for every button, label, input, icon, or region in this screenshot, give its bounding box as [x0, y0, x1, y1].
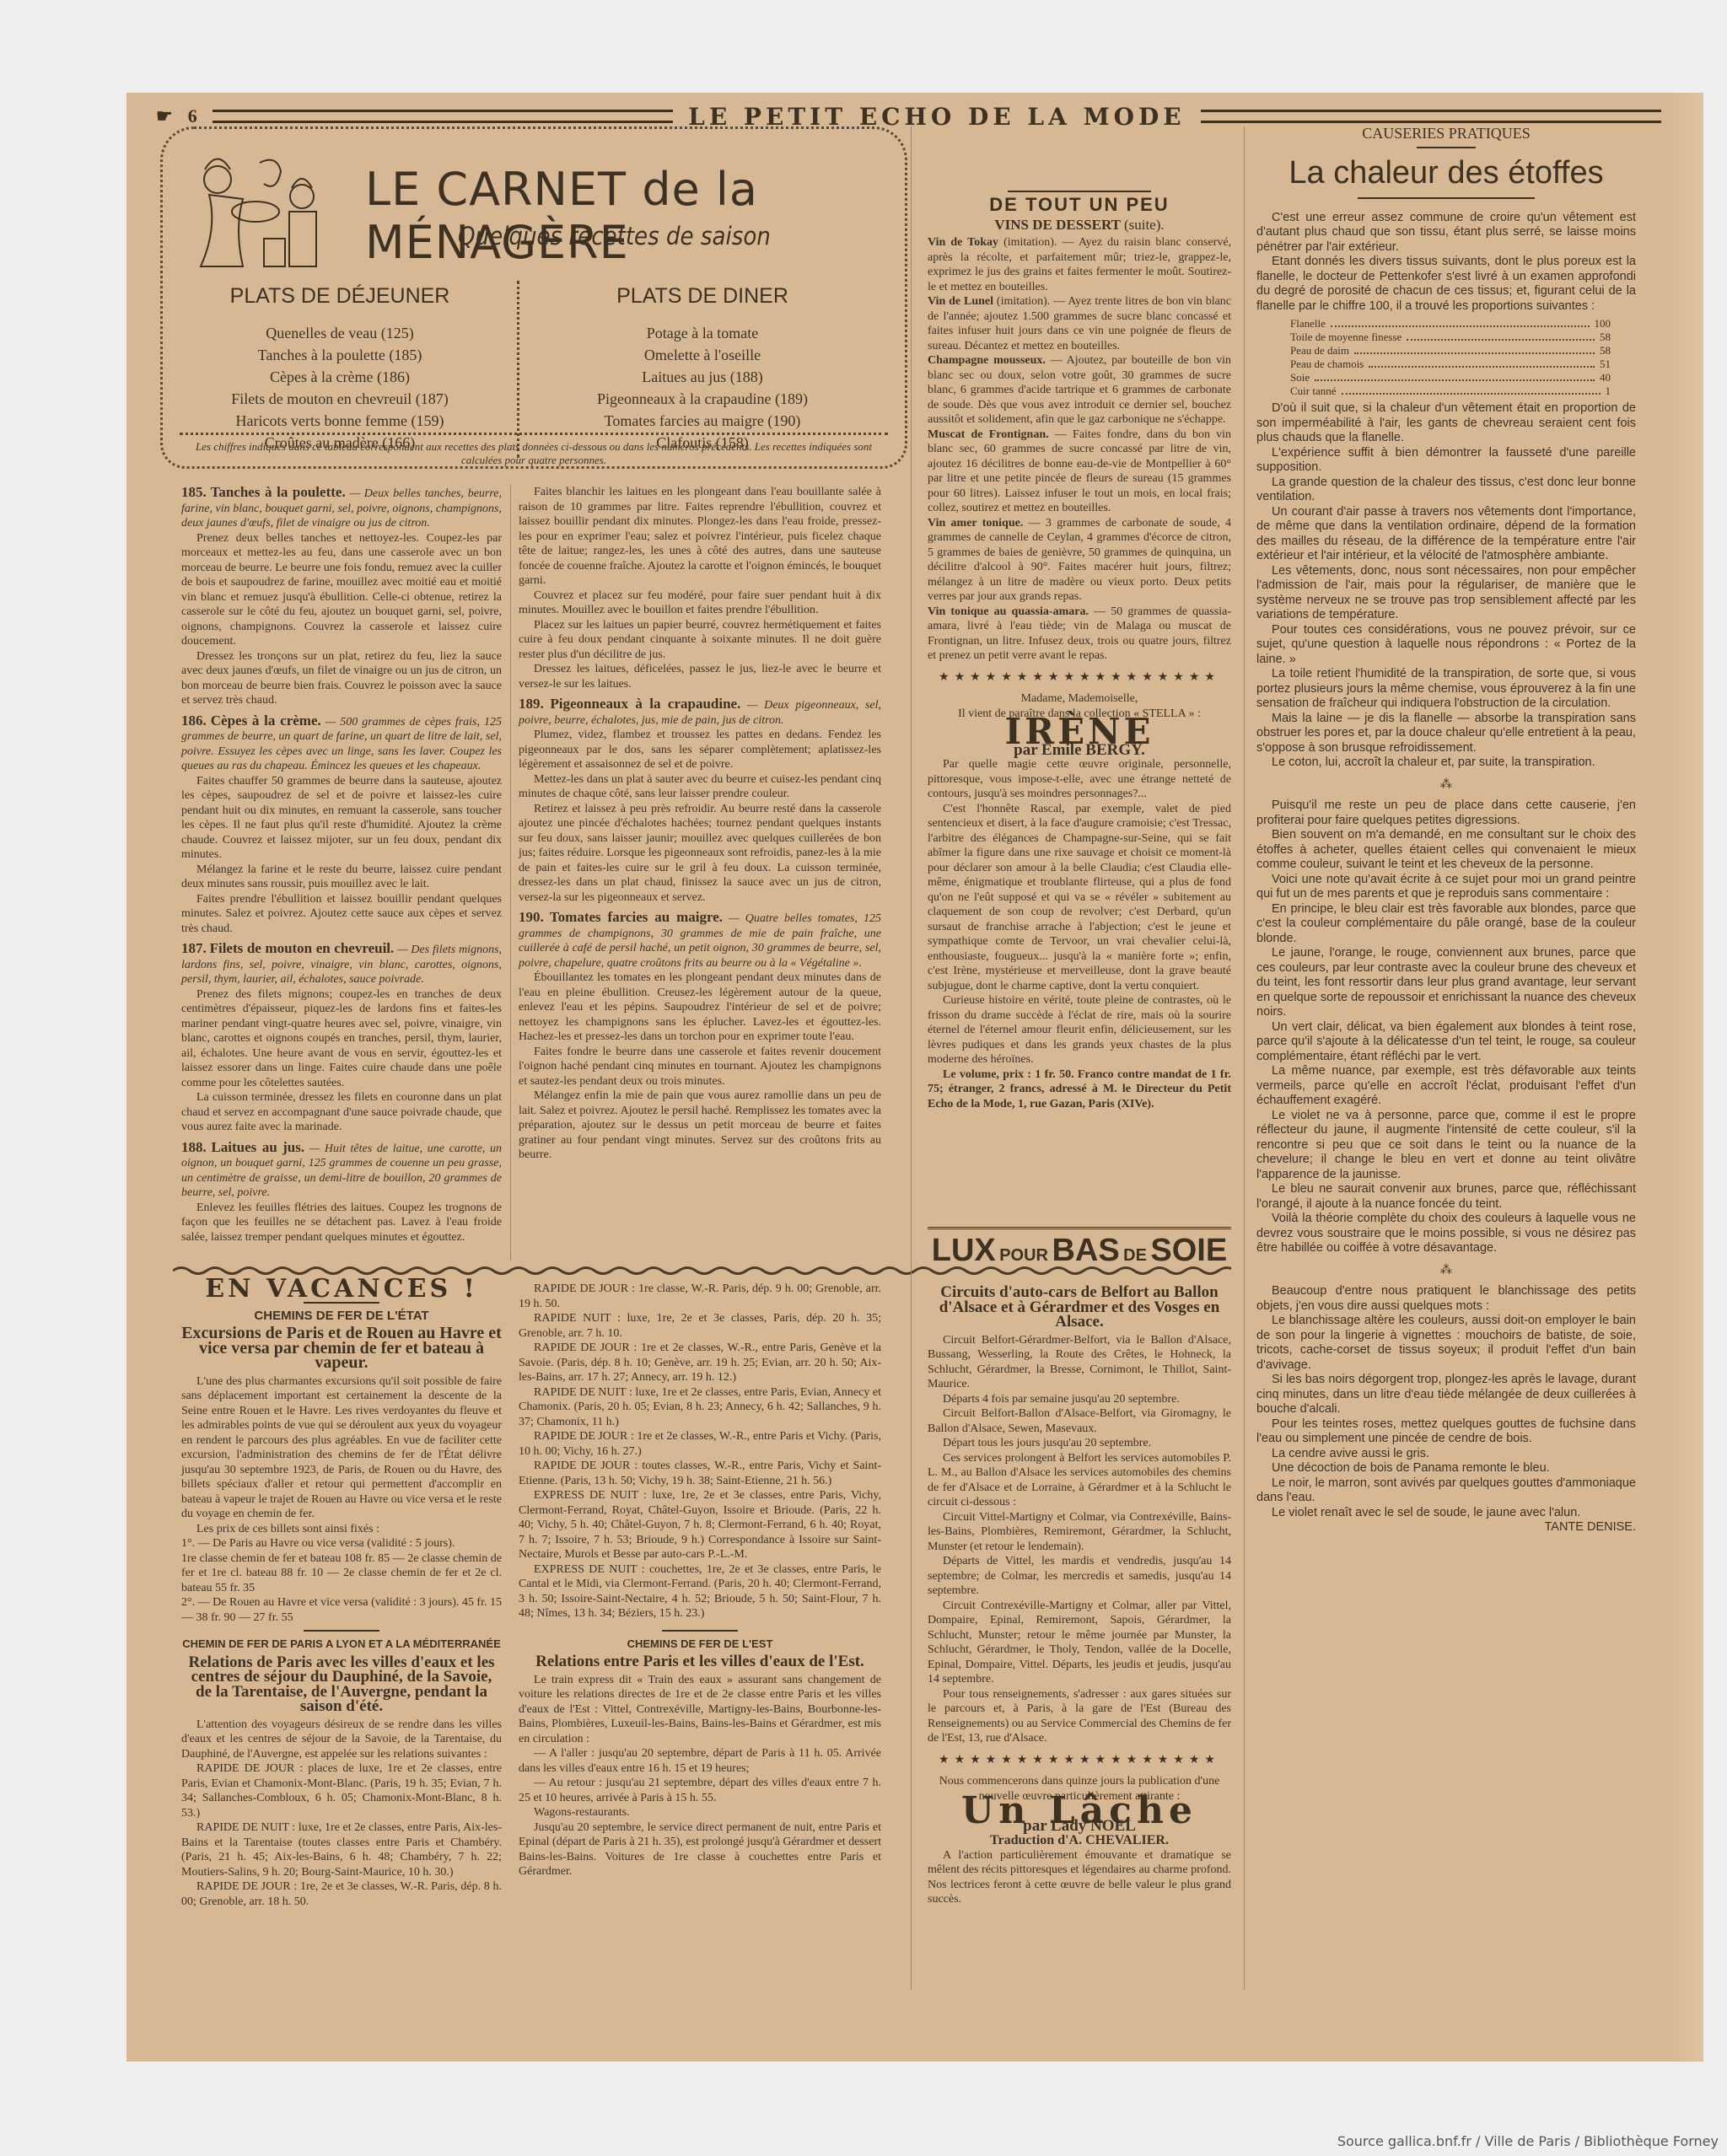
menu-diner-heading: PLATS DE DINER [542, 285, 863, 307]
causeries-title: La chaleur des étoffes [1256, 153, 1636, 192]
est-schedule: — Au retour : jusqu'au 21 septembre, dép… [519, 1776, 881, 1805]
irene-author: par Émile BERGY. [928, 743, 1231, 758]
plm-service: RAPIDE DE JOUR : 1re classe, W.-R. Paris… [519, 1282, 881, 1311]
autocars-paragraph: Départs de Vittel, les mardis et vendred… [928, 1554, 1231, 1599]
plm-body: L'attention des voyageurs désireux de se… [181, 1718, 502, 1762]
wine-title: Vin de Lunel [928, 295, 993, 308]
plm-service: RAPIDE DE NUIT : luxe, 1re et 2e classes… [181, 1820, 502, 1879]
causerie-paragraph: Etant donnés les divers tissus suivants,… [1256, 255, 1636, 314]
irene-paragraph: Par quelle magie cette œuvre originale, … [928, 757, 1231, 802]
recipe-title: Pigeonneaux à la crapaudine. [550, 696, 740, 712]
recipe-paragraph: Dressez les tronçons sur un plat, retire… [181, 649, 502, 708]
wine-title: Champagne mousseux. [928, 354, 1046, 367]
autocars-paragraph: Pour tous renseignements, s'adresser : a… [928, 1687, 1231, 1746]
causerie-paragraph: Si les bas noirs dégorgent trop, plongez… [1256, 1373, 1636, 1417]
causerie-paragraph: Le noir, le marron, sont avivés par quel… [1256, 1476, 1636, 1506]
plm-service: RAPIDE DE JOUR : places de luxe, 1re et … [181, 1761, 502, 1820]
causerie-paragraph: Beaucoup d'entre nous pratiquent le blan… [1256, 1284, 1636, 1314]
est-schedule: — A l'aller : jusqu'au 20 septembre, dép… [519, 1746, 881, 1776]
causerie-paragraph: La grande question de la chaleur des tis… [1256, 476, 1636, 505]
menu-item: Laitues au jus (188) [542, 366, 863, 388]
menu-dejeuner-heading: PLATS DE DÉJEUNER [180, 285, 500, 307]
menu-item: Tomates farcies au maigre (190) [542, 410, 863, 432]
causerie-paragraph: Le coton, lui, accroît la chaleur et, pa… [1256, 755, 1636, 771]
etat-prices-intro: Les prix de ces billets sont ainsi fixés… [181, 1522, 502, 1537]
irene-paragraph: Curieuse histoire en vérité, toute plein… [928, 993, 1231, 1067]
column-rule [510, 485, 511, 1261]
recipe-paragraph: Plumez, videz, flambez et troussez les p… [519, 728, 881, 772]
causerie-paragraph: Un vert clair, délicat, va bien égalemen… [1256, 1020, 1636, 1065]
causerie-paragraph: Le violet renaît avec le sel de soude, l… [1256, 1506, 1636, 1521]
recipe-number: 186. [181, 712, 207, 729]
star-divider: ★★★★★★★★★★★★★★★★★★ [928, 670, 1231, 686]
autocars-paragraph: Ces services prolongent à Belfort les se… [928, 1451, 1231, 1510]
recipes-column-2: Faites blanchir les laitues en les plong… [519, 485, 881, 1163]
etat-price-line: 1re classe chemin de fer et bateau 108 f… [181, 1551, 502, 1596]
causerie-paragraph: La cendre avive aussi le gris. [1256, 1447, 1636, 1462]
recipe-title: Tanches à la poulette. [211, 484, 346, 500]
est-title: Relations entre Paris et les villes d'ea… [519, 1654, 881, 1669]
porosity-table: Flanelle100 Toile de moyenne finesse58 P… [1290, 317, 1611, 398]
recipe-paragraph: Ébouillantez les tomates en les plongean… [519, 970, 881, 1045]
carnet-subtitle: Quelques recettes de saison [458, 222, 771, 250]
plm-service: EXPRESS DE NUIT : luxe, 1re, 2e et 3e cl… [519, 1488, 881, 1562]
recipe-paragraph: Dressez les laitues, déficelées, passez … [519, 662, 881, 691]
recipe-paragraph: Faites blanchir les laitues en les plong… [519, 485, 881, 589]
page-number: 6 [188, 105, 197, 127]
causeries-column: CAUSERIES PRATIQUES La chaleur des étoff… [1256, 126, 1636, 1535]
recipe-paragraph: Enlevez les feuilles flétries des laitue… [181, 1201, 502, 1245]
autocars-paragraph: Circuit Belfort-Gérardmer-Belfort, via l… [928, 1333, 1231, 1392]
table-row: Cuir tanné1 [1290, 384, 1611, 398]
etat-price-line: 1°. — De Paris au Havre ou vice versa (v… [181, 1536, 502, 1551]
table-row: Peau de chamois51 [1290, 358, 1611, 371]
irene-price: Le volume, prix : 1 fr. 50. Franco contr… [928, 1067, 1231, 1112]
hand-pointer-icon: ☛ [156, 105, 173, 127]
menu-item: Cèpes à la crème (186) [180, 366, 500, 388]
carnet-title: LE CARNET de la MÉNAGÈRE [365, 163, 905, 269]
column-rule [911, 126, 912, 1990]
un-lache-translation: Traduction d'A. CHEVALIER. [928, 1833, 1231, 1848]
masthead-rule-left [213, 110, 673, 123]
menu-item: Potage à la tomate [542, 322, 863, 344]
autocars-paragraph: Départ tous les jours jusqu'au 20 septem… [928, 1436, 1231, 1451]
source-credit: Source gallica.bnf.fr / Ville de Paris /… [1337, 2133, 1719, 2149]
wine-title: Vin de Tokay [928, 236, 998, 249]
carnet-box: LE CARNET de la MÉNAGÈRE Quelques recett… [160, 126, 907, 469]
table-row: Toile de moyenne finesse58 [1290, 331, 1611, 344]
section-rule [662, 1630, 738, 1632]
cooks-illustration-icon [184, 146, 327, 272]
recipe-number: 185. [181, 484, 207, 500]
causerie-paragraph: L'expérience suffit à bien démontrer la … [1256, 446, 1636, 476]
irene-salutation: Madame, Mademoiselle, [928, 691, 1231, 707]
est-body: Le train express dit « Train des eaux » … [519, 1673, 881, 1747]
vacances-column-1: EN VACANCES ! CHEMINS DE FER DE L'ÉTAT E… [181, 1282, 502, 1909]
menu-item: Filets de mouton en chevreuil (187) [180, 388, 500, 410]
etat-price-line: 2°. — De Rouen au Havre et vice versa (v… [181, 1595, 502, 1625]
recipe-paragraph: Couvrez et placez sur feu modéré, pour f… [519, 589, 881, 618]
autocars-paragraph: Circuit Vittel-Martigny et Colmar, via C… [928, 1510, 1231, 1555]
recipes-column-1: 185. Tanches à la poulette. — Deux belle… [181, 485, 502, 1245]
causerie-paragraph: Le bleu ne saurait convenir aux brunes, … [1256, 1182, 1636, 1212]
causerie-paragraph: Les vêtements, donc, nous sont nécessair… [1256, 564, 1636, 623]
recipe-title: Filets de mouton en chevreuil. [210, 940, 395, 956]
asterism-divider: ⁂ [1256, 777, 1636, 793]
recipe-paragraph: Prenez des filets mignons; coupez-les en… [181, 987, 502, 1091]
causerie-paragraph: Le blanchissage altère les couleurs, aus… [1256, 1314, 1636, 1373]
section-rule [1417, 147, 1476, 148]
causerie-paragraph: Mais la laine — je dis la flanelle — abs… [1256, 712, 1636, 756]
autocars-column: Circuits d'auto-cars de Belfort au Ballo… [928, 1282, 1231, 1907]
causerie-paragraph: Pour toutes ces considérations, vous ne … [1256, 623, 1636, 668]
recipe-paragraph: Mélangez enfin la mie de pain que vous a… [519, 1089, 881, 1163]
plm-service: RAPIDE DE JOUR : 1re, 2e et 3e classes, … [181, 1879, 502, 1909]
star-divider: ★★★★★★★★★★★★★★★★★★ [928, 1753, 1231, 1768]
autocars-title: Circuits d'auto-cars de Belfort au Ballo… [928, 1285, 1231, 1330]
causerie-paragraph: Pour les teintes roses, mettez quelques … [1256, 1417, 1636, 1447]
causerie-paragraph: C'est une erreur assez commune de croire… [1256, 211, 1636, 255]
lux-ad: LUX POUR BAS DE SOIE [928, 1227, 1231, 1269]
menu-item: Tanches à la poulette (185) [180, 344, 500, 366]
plm-service: RAPIDE DE JOUR : toutes classes, W.-R., … [519, 1459, 881, 1488]
wine-title: Muscat de Frontignan. [928, 428, 1049, 441]
recipe-title: Cèpes à la crème. [211, 712, 321, 729]
menu-item: Haricots verts bonne femme (159) [180, 410, 500, 432]
recipe-paragraph: Faites prendre l'ébullition et laissez b… [181, 892, 502, 937]
table-row: Soie40 [1290, 371, 1611, 384]
recipe-number: 188. [181, 1139, 207, 1155]
causerie-paragraph: Puisqu'il me reste un peu de place dans … [1256, 798, 1636, 828]
section-rule [1008, 191, 1151, 192]
autocars-paragraph: Circuit Belfort-Ballon d'Alsace-Belfort,… [928, 1406, 1231, 1436]
signature: TANTE DENISE. [1256, 1520, 1636, 1535]
vacances-column-2: RAPIDE DE JOUR : 1re classe, W.-R. Paris… [519, 1282, 881, 1879]
recipe-number: 190. [519, 909, 544, 925]
recipe-paragraph: Faites chauffer 50 grammes de beurre dan… [181, 774, 502, 863]
est-heading: CHEMINS DE FER DE L'EST [519, 1637, 881, 1652]
causerie-paragraph: Un courant d'air passe à travers nos vêt… [1256, 505, 1636, 564]
column-rule [1244, 126, 1245, 1990]
asterism-divider: ⁂ [1256, 1263, 1636, 1278]
causerie-paragraph: Une décoction de bois de Panama remonte … [1256, 1461, 1636, 1476]
wine-title: Vin tonique au quassia-amara. [928, 605, 1089, 618]
plm-service: RAPIDE DE NUIT : luxe, 1re et 2e classes… [519, 1385, 881, 1430]
autocars-paragraph: Départs 4 fois par semaine jusqu'au 20 s… [928, 1392, 1231, 1407]
wine-title: Vin amer tonique. [928, 517, 1023, 530]
irene-title: IRÈNE [928, 724, 1231, 739]
recipe-title: Tomates farcies au maigre. [550, 909, 723, 925]
section-rule [304, 1630, 379, 1632]
de-tout-un-peu-heading: DE TOUT UN PEU [928, 197, 1231, 212]
etat-heading: CHEMINS DE FER DE L'ÉTAT [181, 1309, 502, 1324]
menu-item: Omelette à l'oseille [542, 344, 863, 366]
recipe-paragraph: Prenez deux belles tanches et nettoyez-l… [181, 531, 502, 649]
table-row: Flanelle100 [1290, 317, 1611, 331]
etat-title: Excursions de Paris et de Rouen au Havre… [181, 1326, 502, 1371]
recipe-paragraph: La cuisson terminée, dressez les filets … [181, 1090, 502, 1135]
plm-service: RAPIDE DE JOUR : 1re et 2e classes, W.-R… [519, 1429, 881, 1459]
recipe-paragraph: Placez sur les laitues un papier beurré,… [519, 618, 881, 663]
causerie-paragraph: Le jaune, l'orange, le rouge, conviennen… [1256, 946, 1636, 1020]
est-schedule: Jusqu'au 20 septembre, le service direct… [519, 1820, 881, 1879]
autocars-paragraph: Circuit Contrexéville-Martigny et Colmar… [928, 1599, 1231, 1687]
causerie-paragraph: La même nuance, par exemple, est très dé… [1256, 1064, 1636, 1109]
masthead-rule-right [1201, 110, 1661, 123]
plm-service: EXPRESS DE NUIT : couchettes, 1re, 2e et… [519, 1562, 881, 1621]
middle-column: DE TOUT UN PEU VINS DE DESSERT (suite). … [928, 126, 1231, 1111]
recipe-title: Laitues au jus. [211, 1139, 304, 1155]
etat-body: L'une des plus charmantes excursions qu'… [181, 1374, 502, 1522]
causerie-paragraph: D'où il suit que, si la chaleur d'un vêt… [1256, 401, 1636, 446]
menu-item: Pigeonneaux à la crapaudine (189) [542, 388, 863, 410]
recipe-number: 189. [519, 696, 544, 712]
causerie-paragraph: Voici une note qu'avait écrite à ce suje… [1256, 873, 1636, 902]
recipe-paragraph: Mélangez la farine et le reste du beurre… [181, 863, 502, 892]
recipe-number: 187. [181, 940, 207, 956]
plm-service: RAPIDE NUIT : luxe, 1re, 2e et 3e classe… [519, 1311, 881, 1341]
carnet-note: Les chiffres indiqués dans ce tableau co… [180, 433, 888, 467]
causerie-paragraph: La toile retient l'humidité de la transp… [1256, 667, 1636, 712]
menu-diner: PLATS DE DINER Potage à la tomate Omelet… [542, 285, 863, 454]
menu-item: Quenelles de veau (125) [180, 322, 500, 344]
causerie-paragraph: En principe, le bleu clair est très favo… [1256, 902, 1636, 947]
vacances-title: EN VACANCES ! [181, 1282, 502, 1297]
recipe-paragraph: Retirez et laissez à peu près refroidir.… [519, 802, 881, 906]
causerie-paragraph: Bien souvent on m'a demandé, en me consu… [1256, 828, 1636, 873]
irene-paragraph: C'est l'honnête Rascal, par exemple, val… [928, 802, 1231, 994]
causeries-kicker: CAUSERIES PRATIQUES [1256, 126, 1636, 142]
causerie-paragraph: Le violet ne va à personne, parce que, c… [1256, 1109, 1636, 1183]
vins-de-dessert-heading: VINS DE DESSERT (suite). [928, 218, 1231, 233]
un-lache-body: A l'action particulièrement émouvante et… [928, 1848, 1231, 1907]
menu-divider [517, 281, 519, 458]
plm-service: RAPIDE DE JOUR : 1re et 2e classes, W.-R… [519, 1341, 881, 1385]
table-row: Peau de daim58 [1290, 344, 1611, 358]
plm-heading: CHEMIN DE FER DE PARIS A LYON ET A LA MÉ… [181, 1637, 502, 1652]
un-lache-title: Un Lâche [928, 1804, 1231, 1819]
section-rule [1358, 197, 1535, 199]
est-schedule: Wagons-restaurants. [519, 1805, 881, 1820]
causerie-paragraph: Voilà la théorie complète du choix des c… [1256, 1212, 1636, 1256]
recipe-paragraph: Mettez-les dans un plat à sauter avec du… [519, 772, 881, 802]
recipe-paragraph: Faites fondre le beurre dans une cassero… [519, 1045, 881, 1089]
menu-dejeuner: PLATS DE DÉJEUNER Quenelles de veau (125… [180, 285, 500, 454]
plm-title: Relations de Paris avec les villes d'eau… [181, 1655, 502, 1714]
